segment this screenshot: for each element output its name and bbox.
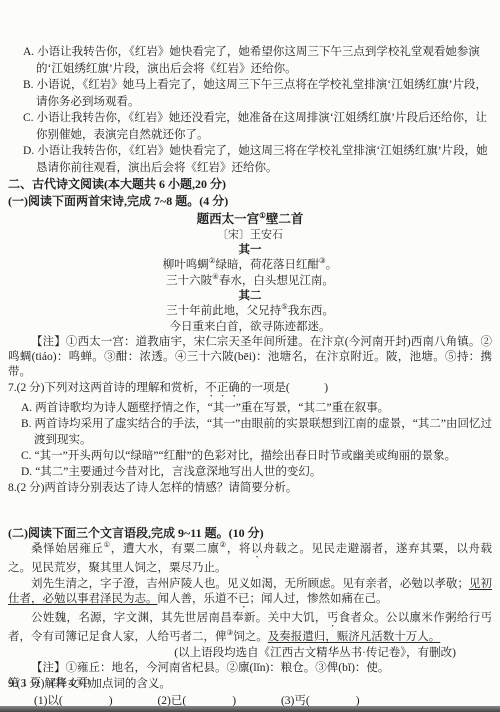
option-label: A. xyxy=(23,46,34,58)
annotated-word: 以 xyxy=(251,543,263,555)
footnote-marker: ② xyxy=(220,540,227,549)
option-label: C. xyxy=(23,112,34,124)
section-2-part-1-heading: (一)阅读下面两首宋诗,完成 7~8 题。(4 分) xyxy=(8,193,492,210)
page-total: (共 4 页) xyxy=(51,677,91,689)
classical-passage-2: 刘先生清之，字子澄，吉州庐陵人也。见义如渴，无所顾虑。见有亲者，必勉以孝敬；见初… xyxy=(8,577,492,612)
poem-line: 三十六陂④春水，白头想见江南。 xyxy=(8,274,492,290)
option-text: 小语说，《红岩》她马上看完了，她这周三下午三点将在学校礼堂排演‘江姐绣红旗’片段… xyxy=(36,79,487,108)
poem-footnotes: 【注】①西太一宫：道教庙宇，宋仁宗天圣年间所建。在汴京(今河南开封)西南八角镇。… xyxy=(8,335,492,380)
q8-stem: 8.(2 分)两首诗分别表达了诗人怎样的情感？请简要分析。 xyxy=(8,480,492,496)
poem-title: 题西太一宫①壁二首 xyxy=(8,211,492,228)
option-text: 两首诗均采用了虚实结合的手法，“其一”由眼前的实景联想到江南的虚景，“其二”由回… xyxy=(34,418,492,446)
section-2-part-2-heading: (二)阅读下面三个文言语段,完成 9~11 题。(10 分) xyxy=(8,525,492,542)
q6-option-a: A.小语让我转告你，《红岩》她快看完了，她希望你这周三下午三点到学校礼堂观看她参… xyxy=(8,44,492,77)
q7-option-b: B.两首诗均采用了虚实结合的手法，“其一”由眼前的实景联想到江南的虚景，“其二”… xyxy=(8,416,492,448)
classical-passage-1: 桑怿始居雍丘①，遭大水，有粟二廪②，将以舟载之。见民走避溺者，遂弃其粟，以舟载之… xyxy=(8,542,492,577)
q7-option-c: C.“其一”开头两句以“绿暗”“红酣”的色彩对比，描绘出春日时节或幽美或绚丽的景… xyxy=(8,448,492,464)
option-text: 小语让我转告你，《红岩》她快看完了，她希望你这周三下午三点到学校礼堂观看她参演的… xyxy=(36,46,480,75)
poem-line: 三十年前此地，父兄持⑤我东西。 xyxy=(8,304,492,320)
q6-option-b: B.小语说，《红岩》她马上看完了，她这周三下午三点将在学校礼堂排演‘江姐绣红旗’… xyxy=(8,77,492,110)
option-label: B. xyxy=(23,79,34,91)
poem-line: 柳叶鸣蜩②绿暗，荷花落日红酣③。 xyxy=(8,258,492,274)
annotated-word: 丐 xyxy=(327,612,339,624)
option-label: A. xyxy=(21,402,32,414)
q6-option-d: D.小语让我转告你，《红岩》她快看完了，她这周三将在学校礼堂排演‘江姐绣红旗’片… xyxy=(8,143,492,176)
q6-options: A.小语让我转告你，《红岩》她快看完了，她希望你这周三下午三点到学校礼堂观看她参… xyxy=(8,44,492,176)
poem-part-1-label: 其一 xyxy=(8,243,492,258)
scan-edge-artifact xyxy=(0,706,500,712)
option-label: D. xyxy=(21,466,32,478)
underlined-sentence: 及奏报遣归，赈济凡活数十万人。 xyxy=(268,631,441,643)
poem-title-text: 题西太一宫 xyxy=(197,212,260,226)
option-label: D. xyxy=(23,145,34,157)
footnote-marker: ⑤ xyxy=(281,302,288,311)
option-text: 两首诗歌均为诗人题壁抒情之作，“其一”重在写景，“其二”重在叙事。 xyxy=(35,402,389,414)
footnote-marker: ③ xyxy=(319,256,326,265)
section-2-heading: 二、古代诗文阅读(本大题共 6 小题,20 分) xyxy=(8,176,492,193)
poem-line: 今日重来白首，欲寻陈迹都迷。 xyxy=(8,320,492,336)
q7-option-d: D.“其二”主要通过今昔对比，言浅意深地写出人世的变幻。 xyxy=(8,464,492,480)
annotated-word: 已 xyxy=(238,593,250,605)
page-content: A.小语让我转告你，《红岩》她快看完了，她希望你这周三下午三点到学校礼堂观看她参… xyxy=(0,0,500,709)
exam-page: A.小语让我转告你，《红岩》她快看完了，她希望你这周三下午三点到学校礼堂观看她参… xyxy=(0,0,500,712)
option-text: 小语让我转告你，《红岩》她还没看完，她准备在这周排演‘江姐绣红旗’片段后还给你，… xyxy=(36,112,487,141)
footnote-marker: ④ xyxy=(212,272,219,281)
option-text: 小语让我转告你，《红岩》她快看完了，她这周三将在学校礼堂排演‘江姐绣红旗’片段，… xyxy=(36,145,488,174)
q7-options: A.两首诗歌均为诗人题壁抒情之作，“其一”重在写景，“其二”重在叙事。 B.两首… xyxy=(8,400,492,480)
poem-author: 〔宋〕王安石 xyxy=(8,228,492,243)
q7-option-a: A.两首诗歌均为诗人题壁抒情之作，“其一”重在写景，“其二”重在叙事。 xyxy=(8,400,492,416)
page-number: 第 1 页 xyxy=(8,677,41,689)
option-label: B. xyxy=(21,418,32,430)
poem-title-text: 壁二首 xyxy=(266,212,304,226)
emphasized-text: 不正确 xyxy=(205,382,240,394)
footnote-marker: ① xyxy=(103,540,110,549)
classical-passage-3: 公姓魏，名源，字文渊，其先世居南昌奉新。关中大饥，丐食者众。公以廪米作粥给行丐者… xyxy=(8,611,492,646)
footnote-marker: ① xyxy=(259,211,266,220)
passage-source-attribution: (以上语段均选自《江西古文精华丛书·传记卷》，有删改) xyxy=(8,646,492,662)
footnote-marker: ② xyxy=(209,256,216,265)
option-text: “其二”主要通过今昔对比，言浅意深地写出人世的变幻。 xyxy=(35,466,321,478)
q6-option-c: C.小语让我转告你，《红岩》她还没看完，她准备在这周排演‘江姐绣红旗’片段后还给… xyxy=(8,110,492,143)
poem-part-2-label: 其二 xyxy=(8,289,492,304)
q7-stem: 7.(2 分)下列对这两首诗的理解和赏析，不正确的一项是( ) xyxy=(8,380,492,400)
page-footer: 第 1 页(共 4 页) xyxy=(8,675,101,692)
option-label: C. xyxy=(21,450,32,462)
option-text: “其一”开头两句以“绿暗”“红酣”的色彩对比，描绘出春日时节或幽美或绚丽的景象。 xyxy=(35,450,457,462)
